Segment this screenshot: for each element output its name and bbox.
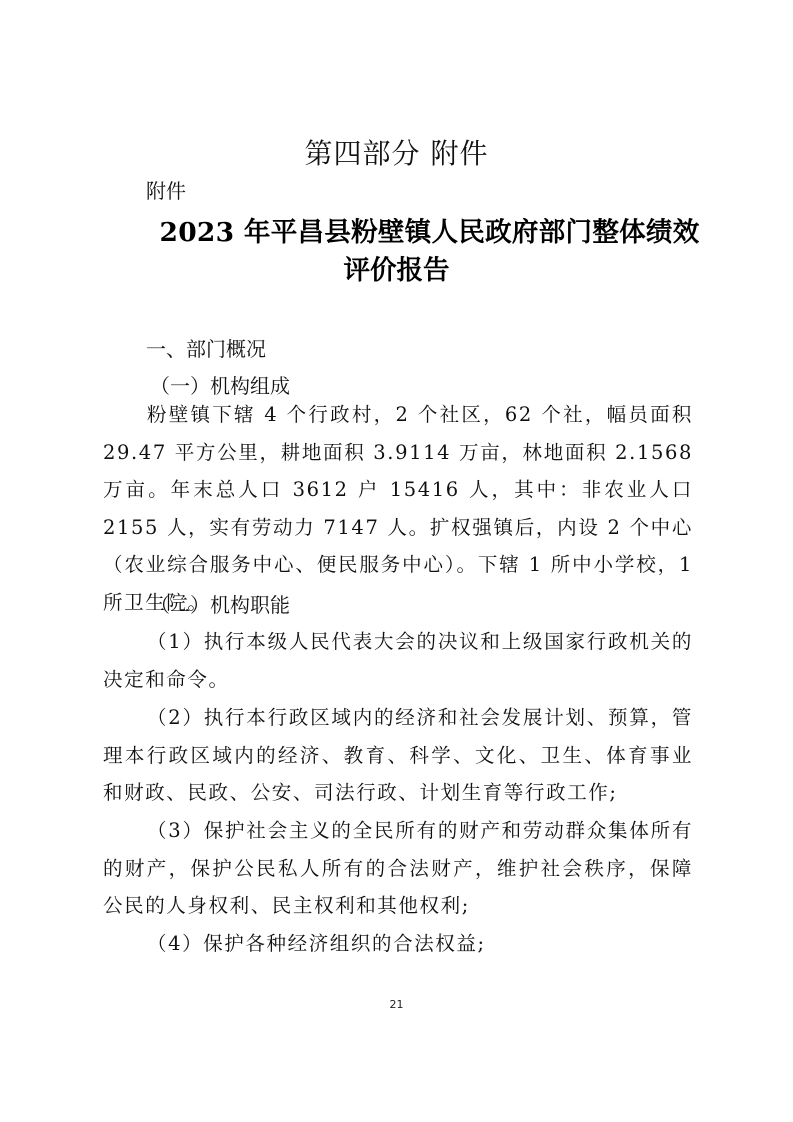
function-item-4: （4）保护各种经济组织的合法权益; xyxy=(103,925,693,963)
function-item-2: （2）执行本行政区域内的经济和社会发展计划、预算，管理本行政区域内的经济、教育、… xyxy=(103,699,693,812)
document-page: 第四部分 附件 附件 2023 年平昌县粉壁镇人民政府部门整体绩效 评价报告 一… xyxy=(0,0,793,1122)
report-title-line1: 2023 年平昌县粉壁镇人民政府部门整体绩效 xyxy=(0,214,793,252)
report-title-line2: 评价报告 xyxy=(0,252,793,290)
report-title: 2023 年平昌县粉壁镇人民政府部门整体绩效 评价报告 xyxy=(0,214,793,290)
function-item-1: （1）执行本级人民代表大会的决议和上级国家行政机关的决定和命令。 xyxy=(103,623,693,698)
part-title: 第四部分 附件 xyxy=(0,134,793,174)
subsection-heading-functions: （二）机构职能 xyxy=(150,590,290,620)
function-item-3: （3）保护社会主义的全民所有的财产和劳动群众集体所有的财产，保护公民私人所有的合… xyxy=(103,812,693,925)
organization-paragraph: 粉壁镇下辖 4 个行政村，2 个社区，62 个社，幅员面积 29.47 平方公里… xyxy=(103,396,693,622)
attachment-label: 附件 xyxy=(146,176,186,206)
section-heading-overview: 一、部门概况 xyxy=(146,334,266,364)
page-number: 21 xyxy=(0,998,793,1011)
